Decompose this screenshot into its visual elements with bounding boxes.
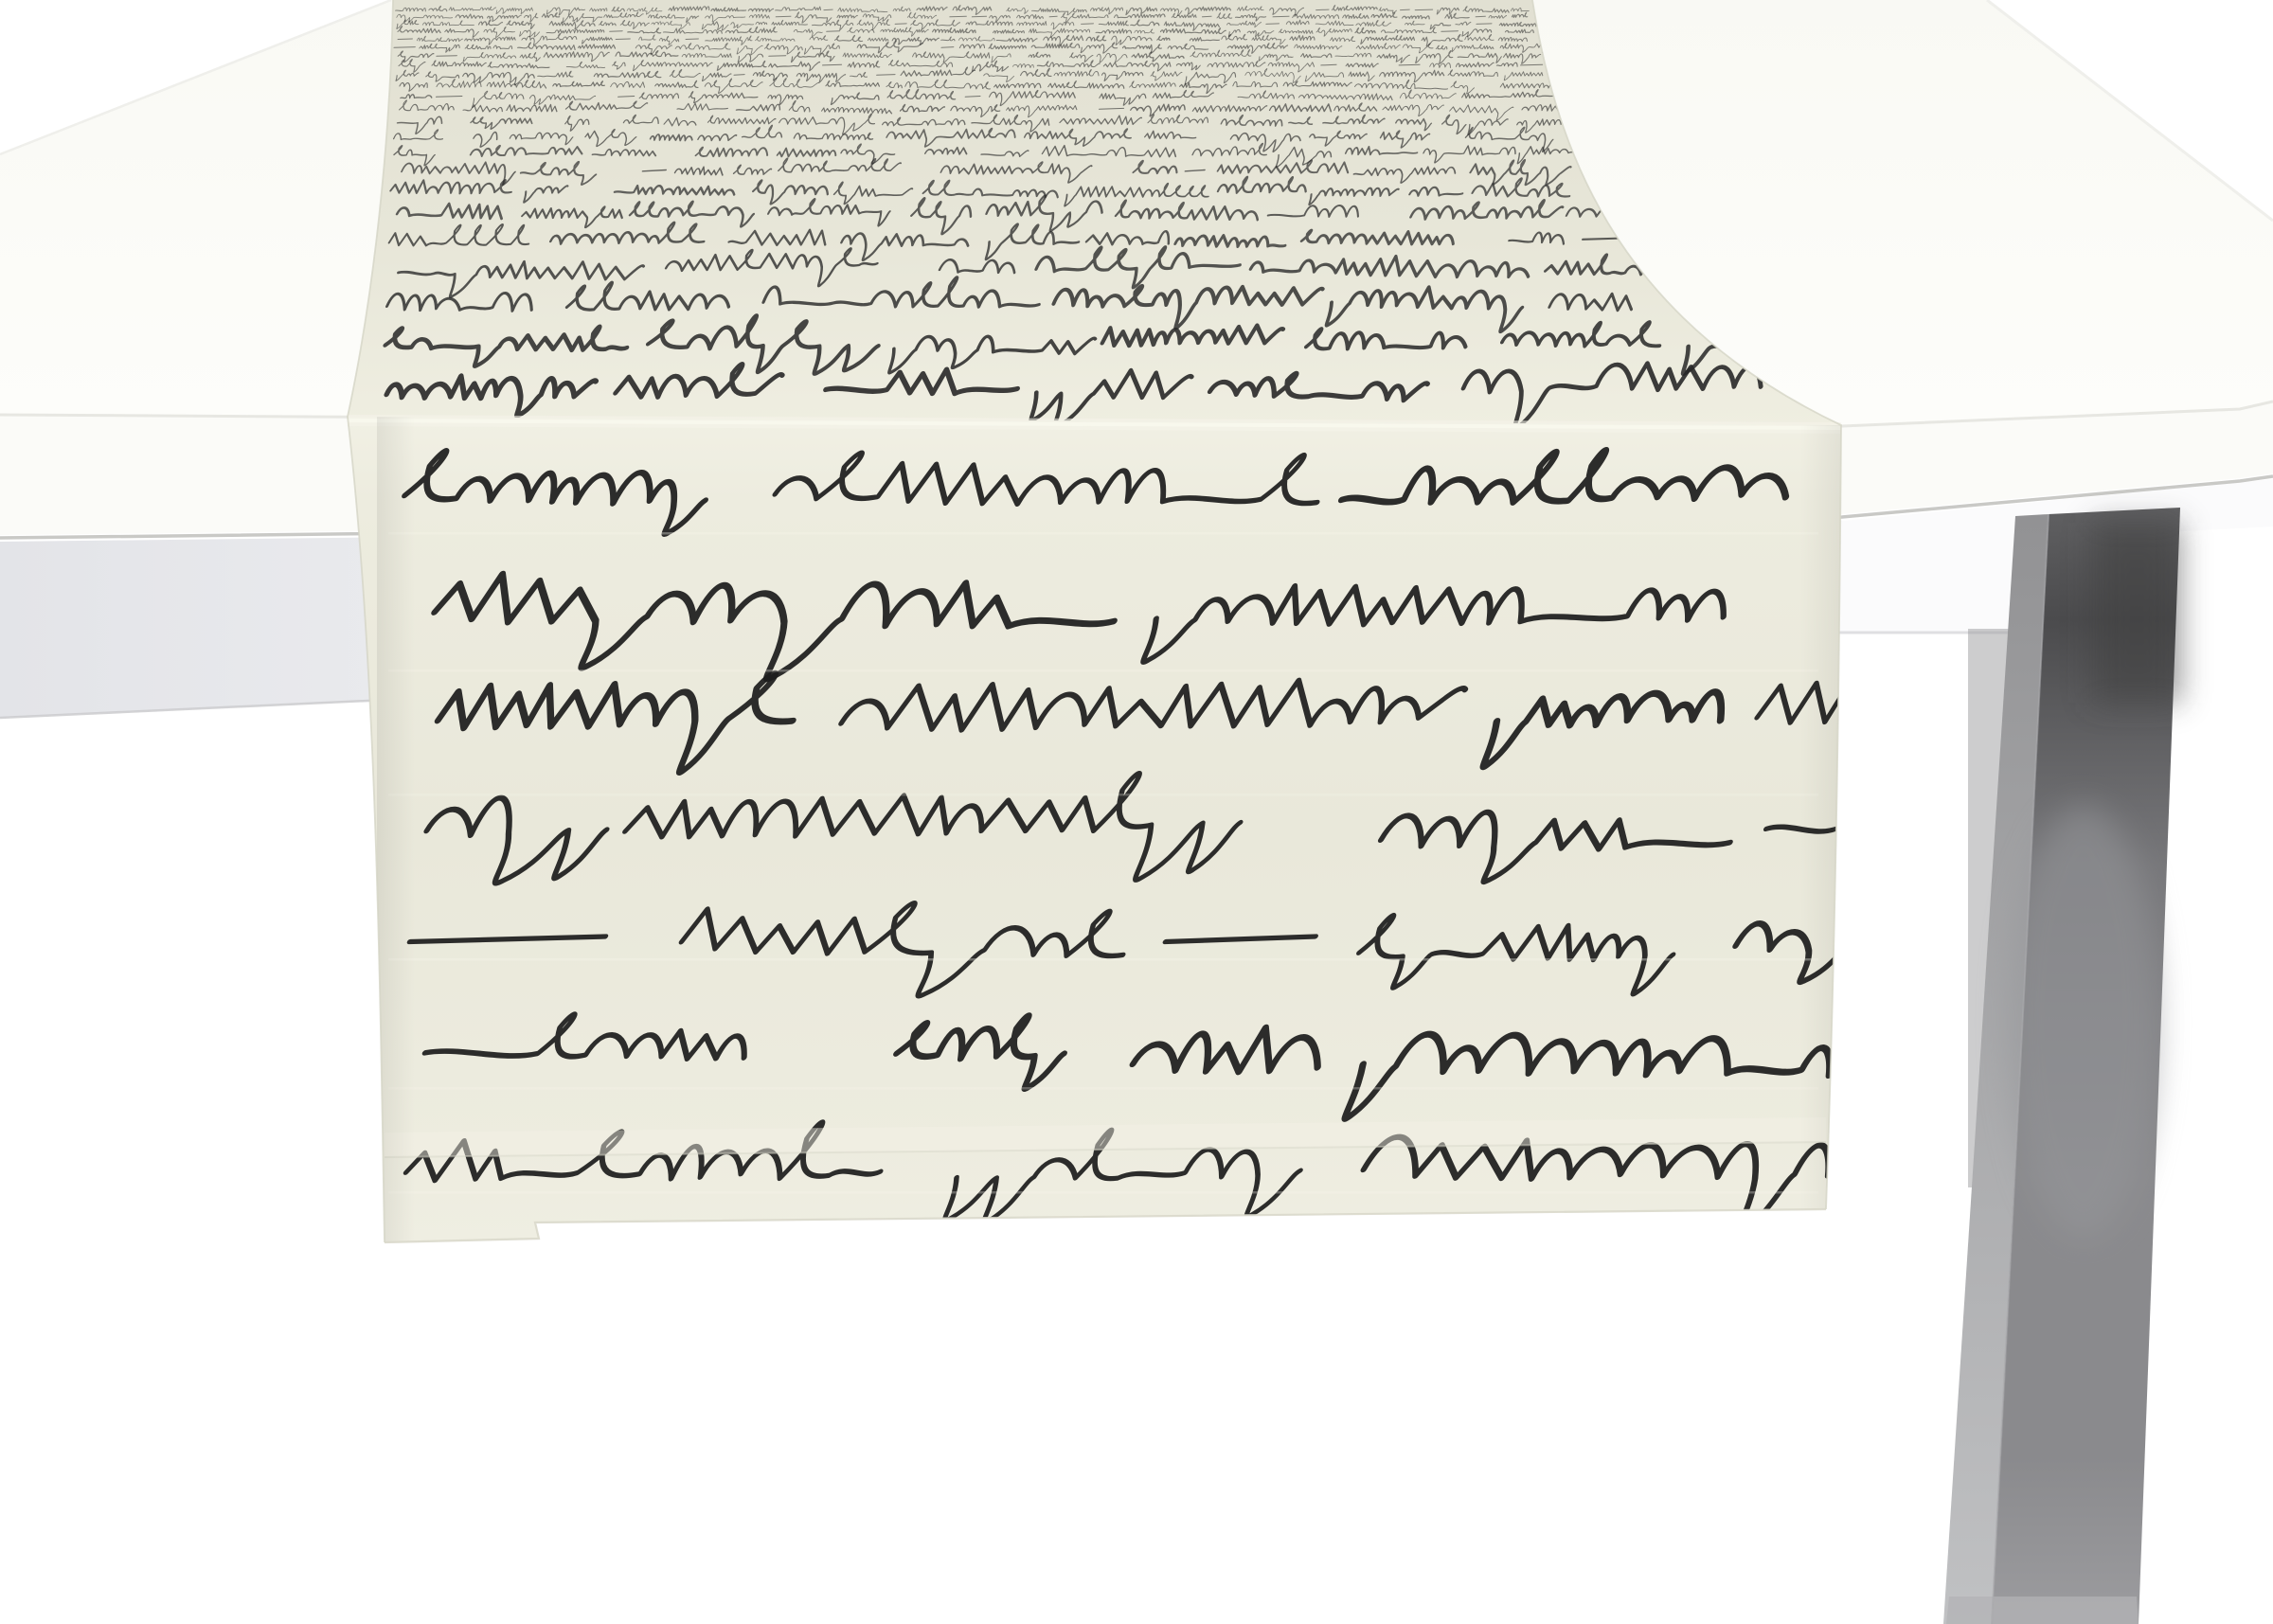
script-dash: [1266, 24, 1280, 25]
fabric-slub-streak: [388, 1191, 1818, 1194]
fabric-slub-streak: [388, 958, 1818, 961]
leg-dark-reflection: [2093, 523, 2180, 703]
script-dash: [686, 39, 698, 40]
script-dash: [610, 31, 622, 32]
script-dash: [823, 64, 842, 65]
script-dash: [394, 47, 415, 48]
script-dash: [1321, 64, 1336, 65]
fabric-slub-streak: [388, 669, 1818, 672]
script-dash: [950, 16, 967, 17]
script-dash: [776, 16, 791, 17]
chrome-table-leg: [1943, 508, 2180, 1624]
script-dash: [1415, 9, 1432, 10]
script-dash: [734, 75, 744, 76]
script-dash: [824, 9, 832, 10]
script-dash: [941, 47, 954, 48]
script-dash: [1273, 16, 1289, 17]
script-dash: [827, 31, 840, 32]
leg-floor-sheen: [1946, 1597, 2139, 1624]
script-dash: [1401, 9, 1410, 10]
script-dash: [616, 39, 630, 40]
script-dash: [1476, 16, 1485, 17]
script-dash: [398, 39, 412, 40]
fabric-slub-streak: [388, 532, 1818, 535]
script-dash: [1082, 24, 1094, 25]
script-dash: [1316, 9, 1329, 10]
fabric-slub-streak: [388, 1087, 1818, 1090]
script-dash: [1049, 16, 1057, 17]
script-dash: [1399, 64, 1420, 65]
script-dash: [972, 16, 986, 17]
script-dash: [1477, 24, 1492, 25]
script-dash: [437, 56, 457, 57]
script-dash: [769, 56, 786, 57]
script-dash: [1202, 16, 1211, 17]
script-dash: [1521, 64, 1543, 65]
product-photo: [0, 0, 2273, 1624]
scene-svg: [0, 0, 2273, 1624]
fabric-slub-streak: [388, 794, 1818, 796]
script-dash: [895, 24, 906, 25]
script-dash: [1441, 31, 1459, 32]
script-dash: [877, 75, 895, 76]
